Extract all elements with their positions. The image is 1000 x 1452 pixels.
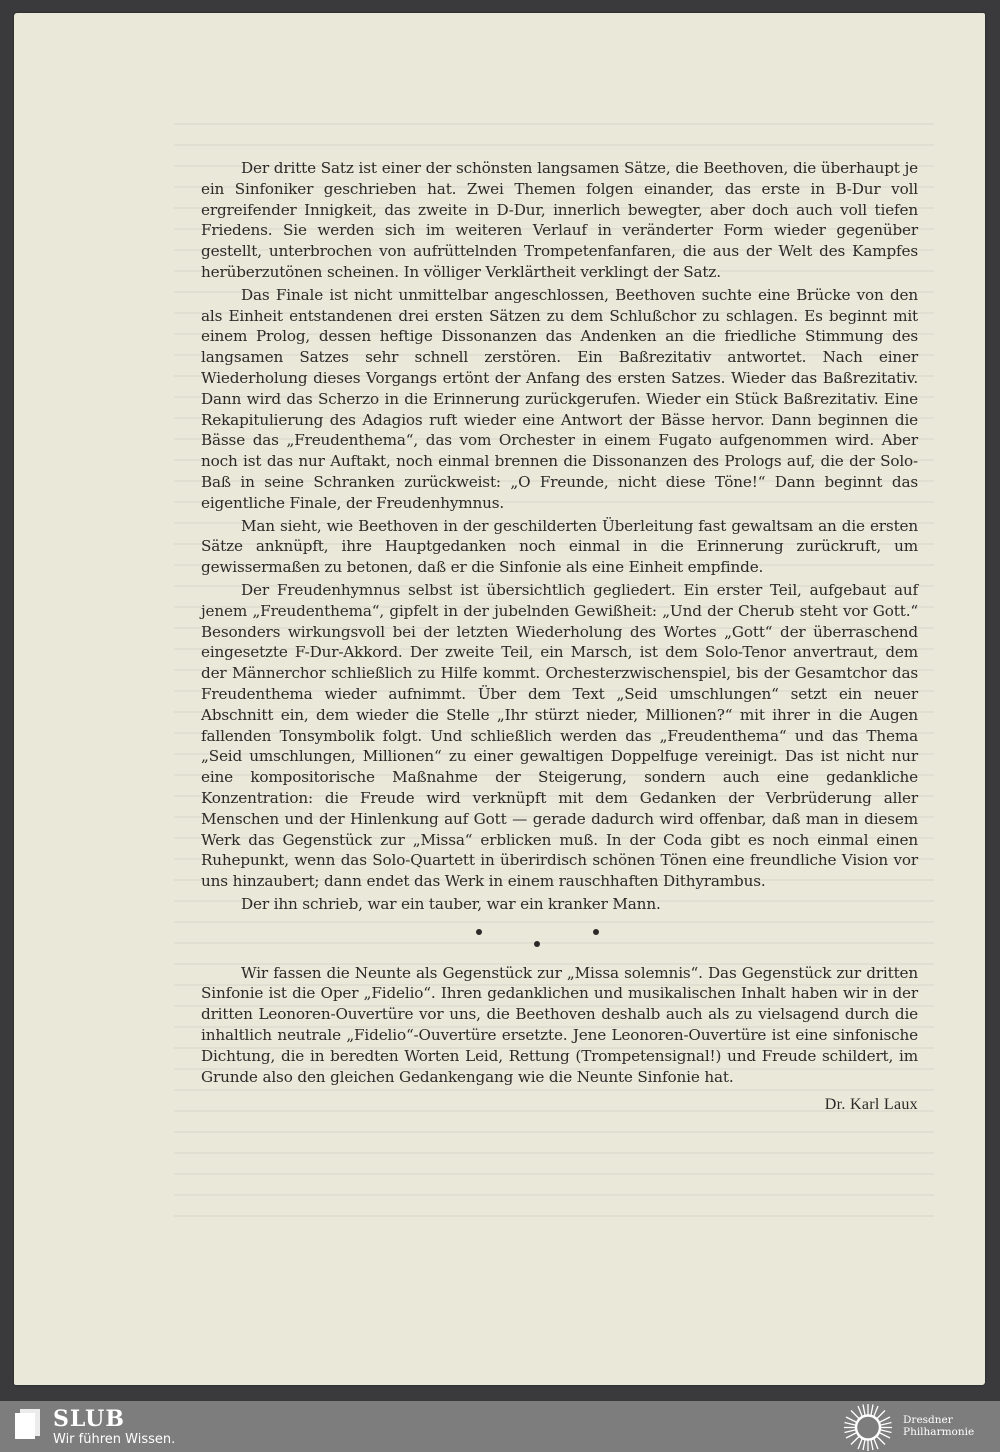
footer-bar: SLUB Wir führen Wissen. Dresdner Philhar… — [0, 1401, 1000, 1452]
book-pages-icon — [14, 1409, 42, 1439]
article-body: Der dritte Satz ist einer der schönsten … — [201, 158, 918, 1116]
dot — [476, 929, 482, 935]
paragraph-missa-solemnis: Wir fassen die Neunte als Gegenstück zur… — [201, 963, 918, 1088]
brand-line-2: Philharmonie — [903, 1426, 974, 1438]
slub-brand[interactable]: SLUB — [53, 1406, 125, 1432]
brand-line-1: Dresdner — [903, 1414, 974, 1426]
paragraph-third-movement: Der dritte Satz ist einer der schönsten … — [201, 158, 918, 283]
dot — [534, 941, 540, 947]
slub-tagline: Wir führen Wissen. — [53, 1432, 175, 1447]
paragraph-finale: Das Finale ist nicht unmittelbar angesch… — [201, 285, 918, 514]
paragraph-freudenhymnus: Der Freudenhymnus selbst ist übersichtli… — [201, 580, 918, 892]
dresdner-philharmonie-brand[interactable]: Dresdner Philharmonie — [903, 1414, 974, 1438]
three-dots-ornament — [201, 919, 918, 957]
dot — [593, 929, 599, 935]
sunburst-ring-icon[interactable] — [842, 1403, 894, 1452]
paragraph-deaf-man: Der ihn schrieb, war ein tauber, war ein… — [201, 894, 918, 915]
scanned-page: Der dritte Satz ist einer der schönsten … — [14, 13, 985, 1385]
paragraph-transition: Man sieht, wie Beethoven in der geschild… — [201, 516, 918, 578]
author-signature: Dr. Karl Laux — [201, 1095, 918, 1116]
